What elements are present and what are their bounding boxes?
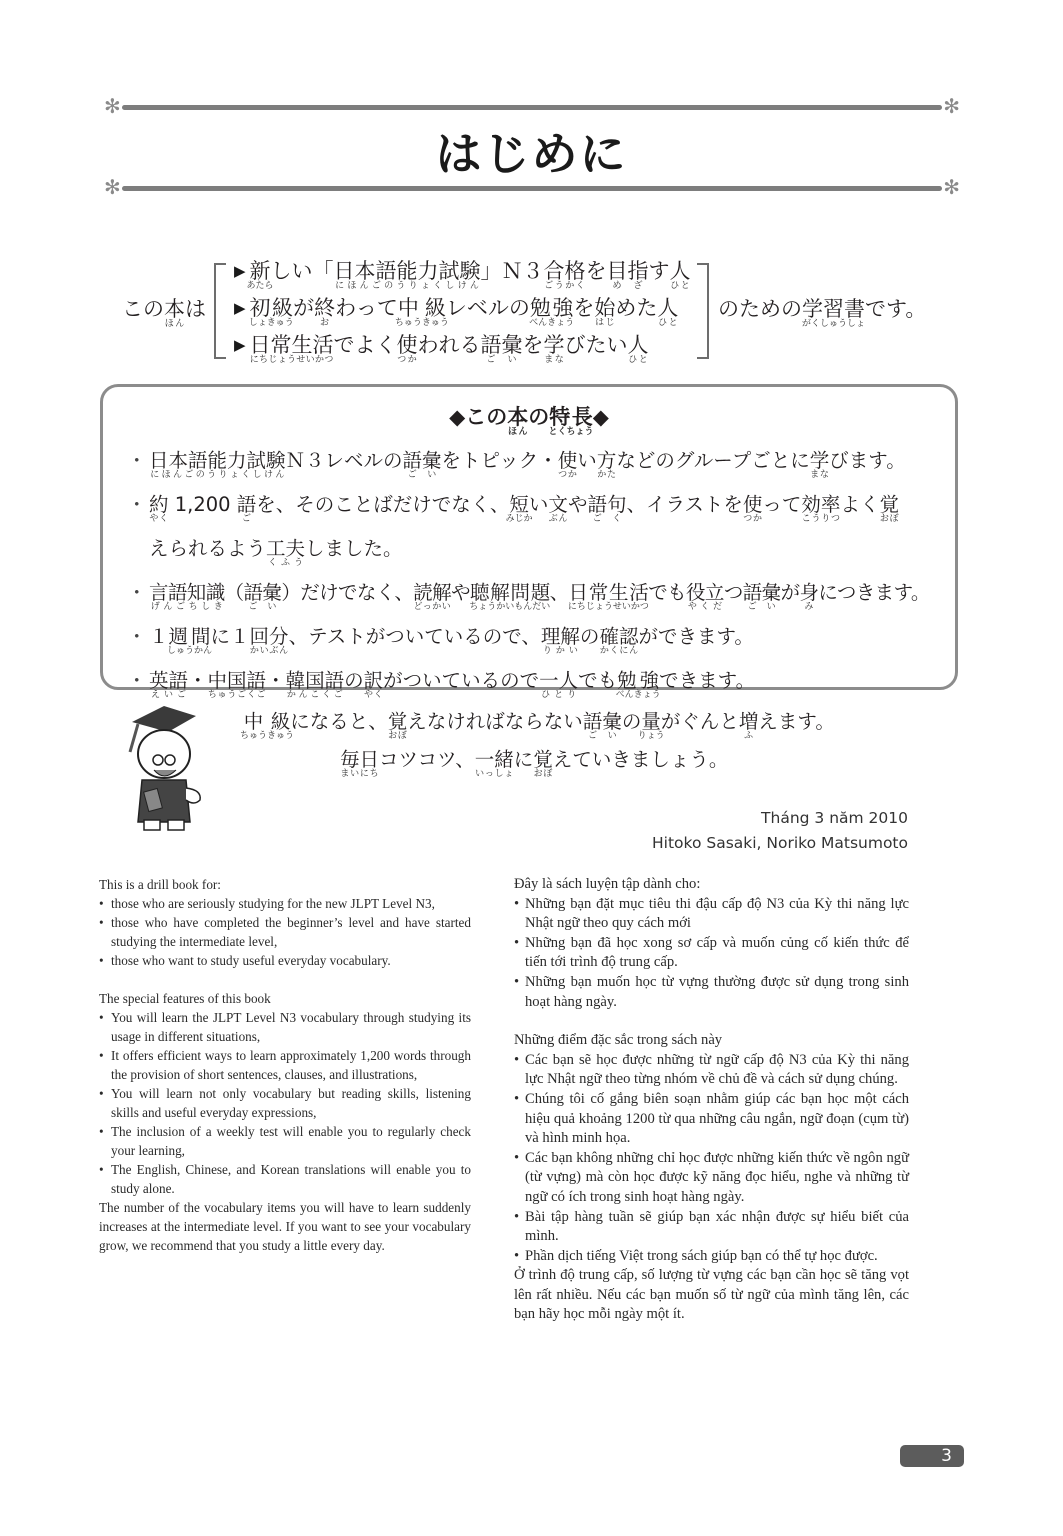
asterisk-ornament-icon: ✻ <box>104 177 121 197</box>
spacer <box>99 970 471 989</box>
list-item: Các bạn sẽ học được những từ ngữ cấp độ … <box>514 1051 909 1090</box>
en-closing: The number of the vocabulary items you w… <box>99 1198 471 1255</box>
asterisk-ornament-icon: ✻ <box>943 177 960 197</box>
page-number-badge: 3 <box>900 1445 964 1467</box>
target-text: 初級しょきゅうが終おわって中級ちゅうきゅうレベルの勉強べんきょうを始はじめた人ひ… <box>250 296 679 320</box>
list-item: You will learn the JLPT Level N3 vocabul… <box>99 1008 471 1046</box>
list-item: Chúng tôi cố gắng biên soạn nhằm giúp cá… <box>514 1090 909 1149</box>
list-item: The inclusion of a weekly test will enab… <box>99 1122 471 1160</box>
target-item: ▶初級しょきゅうが終おわって中級ちゅうきゅうレベルの勉強べんきょうを始はじめた人… <box>234 295 704 332</box>
target-reader-list: ▶新あたらしい「日本語能力試験にほんごのうりょくしけん」Ｎ３合格ごうかくを目指め… <box>234 258 704 369</box>
intro-lead: この本ほんは <box>122 293 206 328</box>
target-text: 日常生活にちじょうせいかつでよく使つかわれる語彙ごいを学まなびたい人ひと <box>250 333 649 357</box>
list-item: Những bạn đã học xong sơ cấp và muốn củn… <box>514 934 909 973</box>
feature-line: えられるよう工夫くふうしました。 <box>149 537 947 567</box>
vi-intro: Đây là sách luyện tập dành cho: <box>514 875 909 895</box>
asterisk-ornament-icon: ✻ <box>104 96 121 116</box>
date: Tháng 3 năm 2010 <box>652 806 908 831</box>
bullet: ・ <box>127 449 149 479</box>
list-item: Những bạn đặt mục tiêu thi đậu cấp độ N3… <box>514 895 909 934</box>
english-translation: This is a drill book for: those who are … <box>99 875 471 1255</box>
bullet: ・ <box>127 493 149 567</box>
feature-text: 約やく 1,200 語ごを、そのことばだけでなく、短みじかい文ぶんや語句ごく、イ… <box>149 493 947 567</box>
target-text: 新あたらしい「日本語能力試験にほんごのうりょくしけん」Ｎ３合格ごうかくを目指めざ… <box>250 259 691 283</box>
features-box: ◆この本ほんの特長とくちょう◆ ・ 日本語能力試験にほんごのうりょくしけんＮ３レ… <box>100 384 958 690</box>
en-features-heading: The special features of this book <box>99 989 471 1008</box>
bullet: ・ <box>127 625 149 655</box>
vi-target-list: Những bạn đặt mục tiêu thi đậu cấp độ N3… <box>514 895 909 1013</box>
cat-professor-mascot-icon <box>118 702 210 834</box>
en-target-list: those who are seriously studying for the… <box>99 894 471 970</box>
list-item: You will learn not only vocabulary but r… <box>99 1084 471 1122</box>
bullet: ・ <box>127 581 149 611</box>
features-title: ◆この本ほんの特長とくちょう◆ <box>103 401 955 436</box>
en-intro: This is a drill book for: <box>99 875 471 894</box>
feature-line: 約やく 1,200 語ごを、そのことばだけでなく、短みじかい文ぶんや語句ごく、イ… <box>149 493 899 516</box>
signature: Tháng 3 năm 2010 Hitoko Sasaki, Noriko M… <box>652 806 908 856</box>
list-item: those who want to study useful everyday … <box>99 951 471 970</box>
list-item: It offers efficient ways to learn approx… <box>99 1046 471 1084</box>
triangle-right-icon: ▶ <box>234 262 246 280</box>
list-item: Phần dịch tiếng Việt trong sách giúp bạn… <box>514 1247 909 1267</box>
list-item: Những bạn muốn học từ vựng thường được s… <box>514 973 909 1012</box>
bullet: ・ <box>127 669 149 699</box>
header-rule-top: ✻ ✻ <box>104 100 960 114</box>
feature-item: ・ 英語えいご・中国語ちゅうごくご・韓国語かんこくごの訳やくがついているので一人… <box>127 669 947 699</box>
list-item: those who are seriously studying for the… <box>99 894 471 913</box>
vi-feature-list: Các bạn sẽ học được những từ ngữ cấp độ … <box>514 1051 909 1267</box>
left-bracket <box>214 263 226 359</box>
feature-text: 言語知識げんごちしき（語彙ごい）だけでなく、読解どっかいや聴解問題ちょうかいもん… <box>149 581 947 611</box>
authors: Hitoko Sasaki, Noriko Matsumoto <box>652 831 908 856</box>
feature-list: ・ 日本語能力試験にほんごのうりょくしけんＮ３レベルの語彙ごいをトピック・使つか… <box>127 449 947 713</box>
spacer <box>514 1012 909 1031</box>
feature-item: ・ １週間しゅうかんに１回分かいぶん、テストがついているので、理解りかいの確認か… <box>127 625 947 655</box>
triangle-right-icon: ▶ <box>234 336 246 354</box>
target-item: ▶日常生活にちじょうせいかつでよく使つかわれる語彙ごいを学まなびたい人ひと <box>234 332 704 369</box>
vietnamese-translation: Đây là sách luyện tập dành cho: Những bạ… <box>514 875 909 1325</box>
feature-item: ・ 約やく 1,200 語ごを、そのことばだけでなく、短みじかい文ぶんや語句ごく… <box>127 493 947 567</box>
feature-text: 英語えいご・中国語ちゅうごくご・韓国語かんこくごの訳やくがついているので一人ひと… <box>149 669 947 699</box>
list-item: The English, Chinese, and Korean transla… <box>99 1160 471 1198</box>
feature-item: ・ 言語知識げんごちしき（語彙ごい）だけでなく、読解どっかいや聴解問題ちょうかい… <box>127 581 947 611</box>
list-item: Bài tập hàng tuần sẽ giúp bạn xác nhận đ… <box>514 1208 909 1247</box>
divider-bar <box>122 105 942 110</box>
feature-item: ・ 日本語能力試験にほんごのうりょくしけんＮ３レベルの語彙ごいをトピック・使つか… <box>127 449 947 479</box>
triangle-right-icon: ▶ <box>234 299 246 317</box>
page-title: はじめに <box>0 118 1063 184</box>
vi-features-heading: Những điểm đặc sắc trong sách này <box>514 1031 909 1051</box>
vi-closing: Ở trình độ trung cấp, số lượng từ vựng c… <box>514 1266 909 1325</box>
closing-line-1: 中級ちゅうきゅうになると、覚おぼえなければならない語彙ごいの量りょうがぐんと増ふ… <box>240 706 835 740</box>
list-item: Các bạn không những chỉ học được những k… <box>514 1149 909 1208</box>
header-rule-bottom: ✻ ✻ <box>104 181 960 195</box>
intro-tail: のための学習書がくしゅうしょです。 <box>718 293 926 328</box>
right-bracket <box>697 263 709 359</box>
feature-text: 日本語能力試験にほんごのうりょくしけんＮ３レベルの語彙ごいをトピック・使つかい方… <box>149 449 947 479</box>
list-item: those who have completed the beginner’s … <box>99 913 471 951</box>
asterisk-ornament-icon: ✻ <box>943 96 960 116</box>
divider-bar <box>122 186 942 191</box>
feature-text: １週間しゅうかんに１回分かいぶん、テストがついているので、理解りかいの確認かくに… <box>149 625 947 655</box>
target-item: ▶新あたらしい「日本語能力試験にほんごのうりょくしけん」Ｎ３合格ごうかくを目指め… <box>234 258 704 295</box>
en-feature-list: You will learn the JLPT Level N3 vocabul… <box>99 1008 471 1198</box>
closing-line-2: 毎日まいにちコツコツ、一緒いっしょに覚おぼえていきましょう。 <box>340 744 728 778</box>
